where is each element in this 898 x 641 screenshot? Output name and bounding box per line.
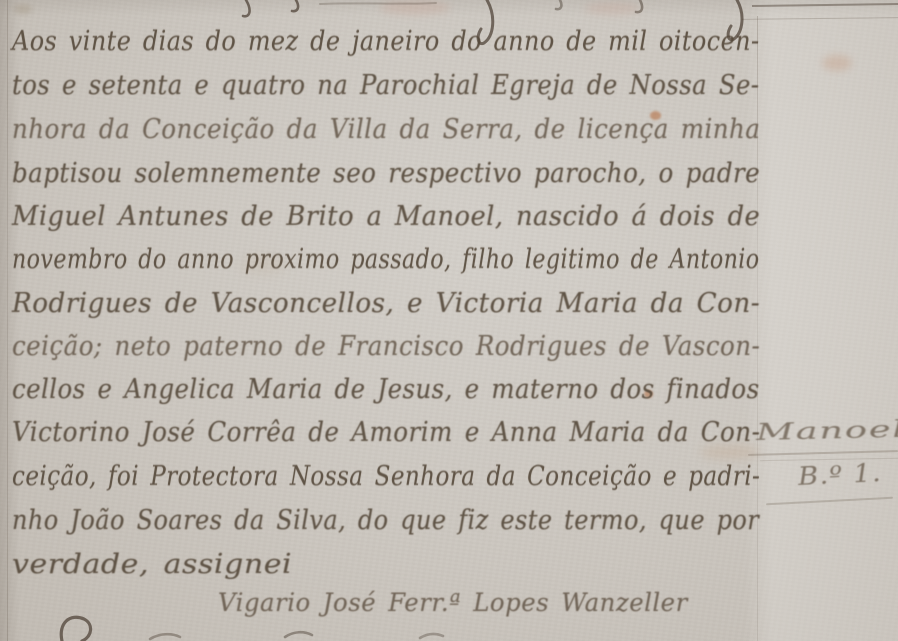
manuscript-line: Victorino José Corrêa de Amorim e Anna M… bbox=[12, 417, 760, 448]
manuscript-line: novembro do anno proximo passado, filho … bbox=[12, 244, 759, 275]
clipped-next-line bbox=[0, 593, 898, 641]
underline-stroke bbox=[748, 450, 898, 456]
manuscript-line: Rodrigues de Vasconcellos, e Victoria Ma… bbox=[12, 288, 760, 319]
manuscript-line: Aos vinte dias do mez de janeiro do anno… bbox=[12, 26, 760, 57]
manuscript-line: ceição, foi Protectora Nossa Senhora da … bbox=[12, 461, 760, 492]
margin-note-number: B.º 1. bbox=[797, 458, 882, 491]
right-fold-line bbox=[757, 16, 758, 641]
paper-smudge bbox=[822, 55, 852, 71]
manuscript-line: baptisou solemnemente seo respectivo par… bbox=[12, 158, 760, 189]
left-margin-rule bbox=[7, 0, 8, 641]
margin-note-name: Manoel bbox=[755, 417, 898, 446]
manuscript-line: nhora da Conceição da Villa da Serra, de… bbox=[12, 114, 760, 145]
manuscript-line: nho João Soares da Silva, do que fiz est… bbox=[12, 505, 759, 536]
manuscript-line: cellos e Angelica Maria de Jesus, e mate… bbox=[12, 374, 760, 405]
underline-stroke bbox=[766, 497, 893, 506]
manuscript-line: tos e setenta e quatro na Parochial Egre… bbox=[12, 70, 759, 101]
manuscript-line: Miguel Antunes de Brito a Manoel, nascid… bbox=[12, 201, 760, 232]
manuscript-line: verdade, assignei bbox=[12, 549, 292, 580]
manuscript-page: Aos vinte dias do mez de janeiro do anno… bbox=[0, 0, 898, 641]
manuscript-line: ceição; neto paterno de Francisco Rodrig… bbox=[12, 331, 760, 362]
